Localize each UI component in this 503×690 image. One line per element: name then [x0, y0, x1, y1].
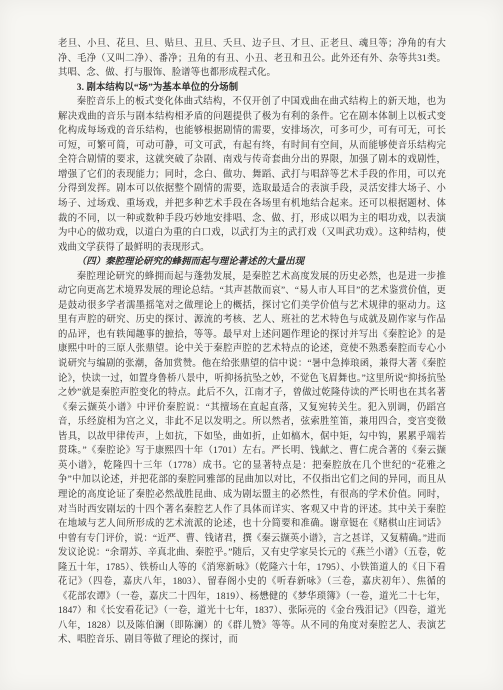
book-page: 老旦、小旦、花旦、旦、贴旦、丑旦、夭旦、边子旦、才旦、正老旦、魂旦等；净角的有大…: [0, 0, 503, 690]
heading-theory-research: （四）秦腔理论研究的蜂拥而起与理论著述的大量出现: [58, 255, 446, 270]
paragraph-banshi-structure: 秦腔音乐上的板式变化体曲式结构，不仅开创了中国戏曲在曲式结构上的新天地，也为解决…: [58, 95, 446, 255]
paragraph-role-types-continuation: 老旦、小旦、花旦、旦、贴旦、丑旦、夭旦、边子旦、才旦、正老旦、魂旦等；净角的有大…: [58, 37, 446, 81]
paragraph-theory-research: 秦腔理论研究的蜂拥而起与蓬勃发展，是秦腔艺术高度发展的历史必然，也是进一步推动它…: [58, 270, 446, 648]
page-text-block: 老旦、小旦、花旦、旦、贴旦、丑旦、夭旦、边子旦、才旦、正老旦、魂旦等；净角的有大…: [58, 37, 446, 648]
heading-script-structure: 3. 剧本结构以“场”为基本单位的分场制: [58, 81, 446, 96]
